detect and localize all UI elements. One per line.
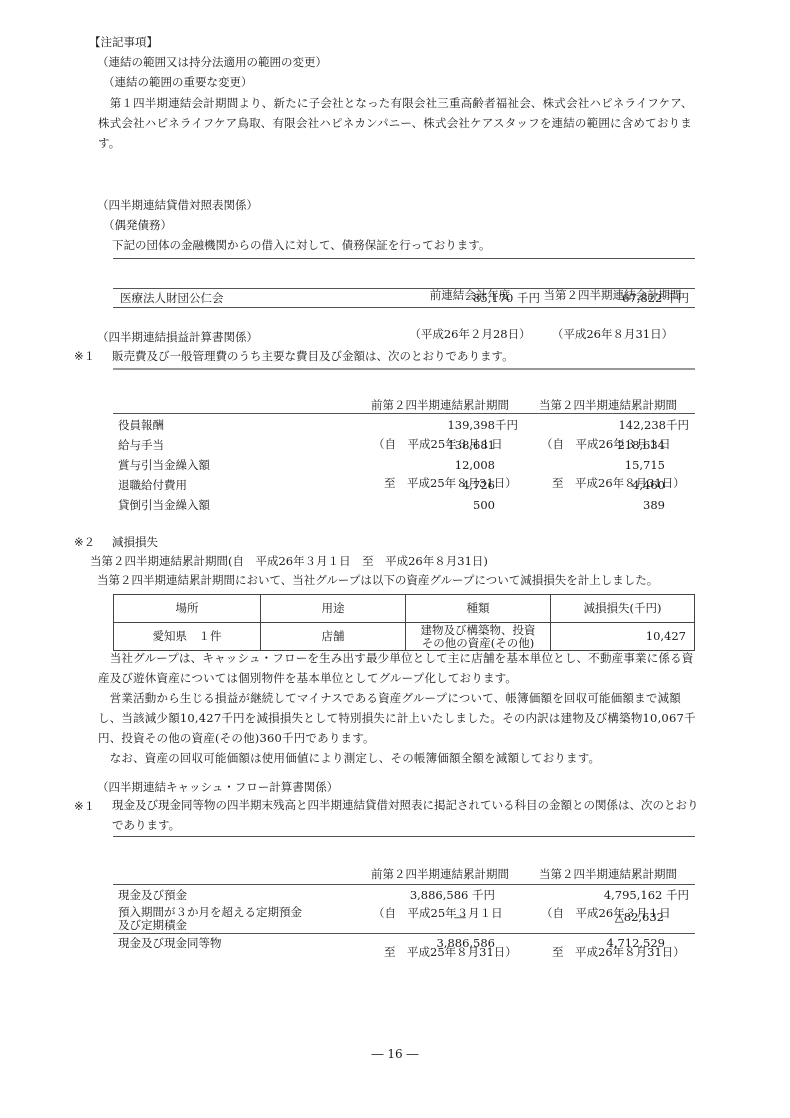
row-curr-value: 4,795,162 千円 bbox=[530, 890, 689, 902]
table-top-rule bbox=[113, 836, 695, 837]
row-curr-value: 15,715 bbox=[530, 460, 665, 472]
table-top-rule bbox=[113, 368, 695, 370]
row-prev-value: 12,008 bbox=[360, 460, 495, 472]
cf-note1-text: 現金及び現金同等物の四半期末残高と四半期連結貸借対照表に掲記されている科目の金額… bbox=[112, 795, 702, 835]
header-use: 用途 bbox=[261, 595, 406, 623]
note1-mark: ※１ bbox=[74, 351, 95, 363]
cf-note1-mark: ※１ bbox=[74, 801, 95, 813]
note2-paragraph-3: なお、資産の回収可能価額は使用価値により測定し、その帳簿価額全額を減額しておりま… bbox=[98, 748, 698, 768]
contingent-liabilities-subtitle: （偶発債務） bbox=[103, 220, 172, 232]
note2-mark: ※２ bbox=[74, 537, 95, 549]
row-prev-value: 139,398千円 bbox=[360, 420, 518, 432]
row-label: 預入期間が３か月を超える定期預金 及び定期積金 bbox=[118, 906, 302, 932]
table-top-rule bbox=[113, 258, 695, 259]
row-curr-value: 218,634 bbox=[530, 440, 665, 452]
row-curr-value: 67,822 千円 bbox=[530, 293, 689, 305]
scope-change-title: （連結の範囲又は持分法適用の範囲の変更） bbox=[97, 57, 327, 69]
row-curr-value: 4,460 bbox=[530, 480, 665, 492]
row-prev-value: 3,886,586 bbox=[340, 938, 495, 950]
scope-change-body: 第１四半期連結会計期間より、新たに子会社となった有限会社三重高齢者福祉会、株式会… bbox=[98, 93, 703, 153]
table-header-rule bbox=[113, 413, 695, 414]
table-header-row: 場所 用途 種類 減損損失(千円) bbox=[114, 595, 695, 623]
row-prev-value: ― bbox=[440, 912, 480, 924]
note2-paragraph-2: 営業活動から生じる損益が継続してマイナスである資産グループについて、帳簿価額を回… bbox=[98, 688, 698, 748]
note2-paragraph-1: 当社グループは、キャッシュ・フローを生み出す最少単位として主に店舗を基本単位とし… bbox=[98, 648, 698, 688]
cell-type: 建物及び構築物、投資 その他の資産(その他) bbox=[406, 623, 551, 651]
column-header-curr: 当第２四半期連結会計期間 （平成26年８月31日） bbox=[530, 263, 695, 367]
table-header-rule bbox=[113, 884, 695, 885]
income-statement-title: （四半期連結損益計算書関係） bbox=[97, 332, 258, 344]
table-row: 愛知県 １件 店舗 建物及び構築物、投資 その他の資産(その他) 10,427 bbox=[114, 623, 695, 651]
table-bottom-rule bbox=[113, 307, 695, 308]
row-prev-value: 4,726 bbox=[360, 480, 495, 492]
note2-period: 当第２四半期連結累計期間(自 平成26年３月１日 至 平成26年８月31日) bbox=[90, 556, 488, 568]
row-prev-value: 3,886,586 千円 bbox=[340, 890, 495, 902]
row-label: 貸倒引当金繰入額 bbox=[118, 500, 210, 512]
row-label: 現金及び現金同等物 bbox=[118, 938, 222, 950]
page-number: ― 16 ― bbox=[0, 1048, 790, 1060]
row-curr-value: △82,632 bbox=[560, 912, 664, 924]
table-subtotal-rule bbox=[113, 933, 695, 934]
header-location: 場所 bbox=[114, 595, 261, 623]
row-curr-value: 389 bbox=[530, 500, 665, 512]
header-type: 種類 bbox=[406, 595, 551, 623]
cell-location: 愛知県 １件 bbox=[114, 623, 261, 651]
row-label: 現金及び預金 bbox=[118, 890, 187, 902]
notes-heading: 【注記事項】 bbox=[89, 37, 158, 49]
row-label: 退職給付費用 bbox=[118, 480, 187, 492]
table-header-rule bbox=[113, 288, 695, 289]
row-prev-value: 500 bbox=[360, 500, 495, 512]
header-impairment-loss: 減損損失(千円) bbox=[551, 595, 695, 623]
row-label: 医療法人財団公仁会 bbox=[120, 293, 224, 305]
cell-use: 店舗 bbox=[261, 623, 406, 651]
note2-intro: 当第２四半期連結累計期間において、当社グループは以下の資産グループについて減損損… bbox=[97, 575, 658, 587]
row-prev-value: 138,681 bbox=[360, 440, 495, 452]
balance-sheet-title: （四半期連結貸借対照表関係） bbox=[97, 200, 258, 212]
row-label: 賞与引当金繰入額 bbox=[118, 460, 210, 472]
cash-flow-title: （四半期連結キャッシュ・フロー計算書関係） bbox=[97, 782, 338, 794]
cell-impairment-loss: 10,427 bbox=[551, 623, 695, 651]
guarantee-intro: 下記の団体の金融機関からの借入に対して、債務保証を行っております。 bbox=[112, 240, 490, 252]
note2-title: 減損損失 bbox=[112, 537, 158, 549]
row-curr-value: 142,238千円 bbox=[530, 420, 689, 432]
note1-text: 販売費及び一般管理費のうち主要な費目及び金額は、次のとおりであります。 bbox=[112, 351, 514, 363]
row-prev-value: 85,170 千円 bbox=[380, 293, 540, 305]
impairment-table: 場所 用途 種類 減損損失(千円) 愛知県 １件 店舗 建物及び構築物、投資 そ… bbox=[113, 594, 695, 651]
scope-change-subtitle: （連結の範囲の重要な変更） bbox=[103, 77, 253, 89]
row-label: 役員報酬 bbox=[118, 420, 164, 432]
row-curr-value: 4,712,529 bbox=[530, 938, 665, 950]
row-label: 給与手当 bbox=[118, 440, 164, 452]
